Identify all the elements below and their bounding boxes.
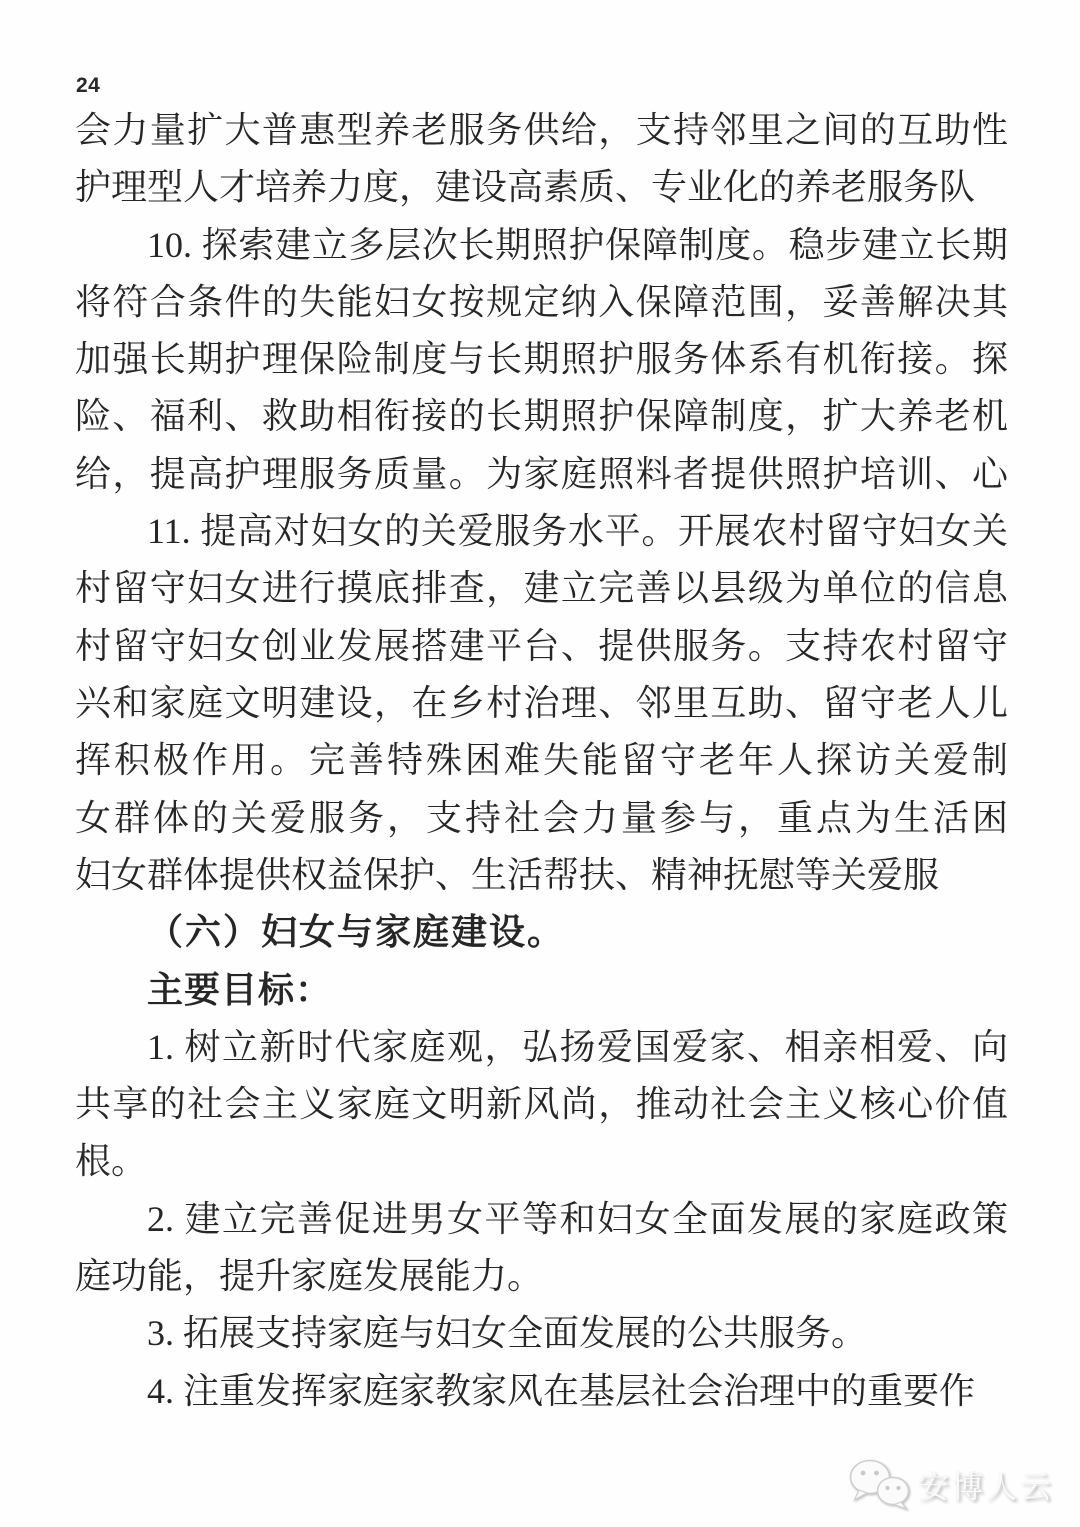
text-line: 1. 树立新时代家庭观，弘扬爱国爱家、相亲相爱、向上向善、共建 — [75, 1019, 1008, 1076]
watermark-text: 安博人云 — [918, 1462, 1054, 1507]
text-line: 主要目标： — [75, 961, 1008, 1018]
text-line: 2. 建立完善促进男女平等和妇女全面发展的家庭政策体系，增强家 — [75, 1191, 1008, 1248]
text-line: 兴和家庭文明建设，在乡村治理、邻里互助、留守老人儿童关爱服务中发 — [75, 675, 1008, 732]
text-line: 妇女群体提供权益保护、生活帮扶、精神抚慰等关爱服务。 — [75, 847, 1008, 904]
text-line: 加强长期护理保险制度与长期照护服务体系有机衔接。探索建立相关保 — [75, 331, 1008, 388]
text-line: 根。 — [75, 1133, 1008, 1190]
text-line: 给，提高护理服务质量。为家庭照料者提供照护培训、心理疏导等支持。 — [75, 446, 1008, 503]
text-line: 3. 拓展支持家庭与妇女全面发展的公共服务。 — [75, 1305, 1008, 1362]
document-page: 24 会力量扩大普惠型养老服务供给，支持邻里之间的互助性养老。加大养老护理型人才… — [0, 0, 1080, 1527]
text-line: 11. 提高对妇女的关爱服务水平。开展农村留守妇女关爱行动。对农 — [75, 503, 1008, 560]
text-line: （六）妇女与家庭建设。 — [75, 904, 1008, 961]
text-line: 村留守妇女进行摸底排查，建立完善以县级为单位的信息台账。积极为农 — [75, 560, 1008, 617]
text-line: 将符合条件的失能妇女按规定纳入保障范围，妥善解决其护理保障问题。 — [75, 274, 1008, 331]
text-line: 庭功能，提升家庭发展能力。 — [75, 1248, 1008, 1305]
text-line: 共享的社会主义家庭文明新风尚，推动社会主义核心价值观在家庭落地生 — [75, 1076, 1008, 1133]
text-line: 护理型人才培养力度，建设高素质、专业化的养老服务队伍。 — [75, 159, 1008, 216]
text-line: 会力量扩大普惠型养老服务供给，支持邻里之间的互助性养老。加大养老 — [75, 102, 1008, 159]
text-line: 4. 注重发挥家庭家教家风在基层社会治理中的重要作用。 — [75, 1363, 1008, 1420]
text-line: 险、福利、救助相衔接的长期照护保障制度，扩大养老机构护理型床位供 — [75, 388, 1008, 445]
watermark: 安博人云 — [846, 1457, 1054, 1511]
page-number: 24 — [76, 74, 100, 98]
wechat-icon — [846, 1457, 912, 1511]
text-line: 村留守妇女创业发展搭建平台、提供服务。支持农村留守妇女参与乡村振 — [75, 618, 1008, 675]
text-line: 女群体的关爱服务，支持社会力量参与，重点为生活困难、残疾、重病等 — [75, 790, 1008, 847]
document-text: 会力量扩大普惠型养老服务供给，支持邻里之间的互助性养老。加大养老护理型人才培养力… — [75, 102, 1008, 1420]
text-line: 挥积极作用。完善特殊困难失能留守老年人探访关爱制度，不断拓展对妇 — [75, 732, 1008, 789]
text-line: 10. 探索建立多层次长期照护保障制度。稳步建立长期护理保险制度， — [75, 217, 1008, 274]
